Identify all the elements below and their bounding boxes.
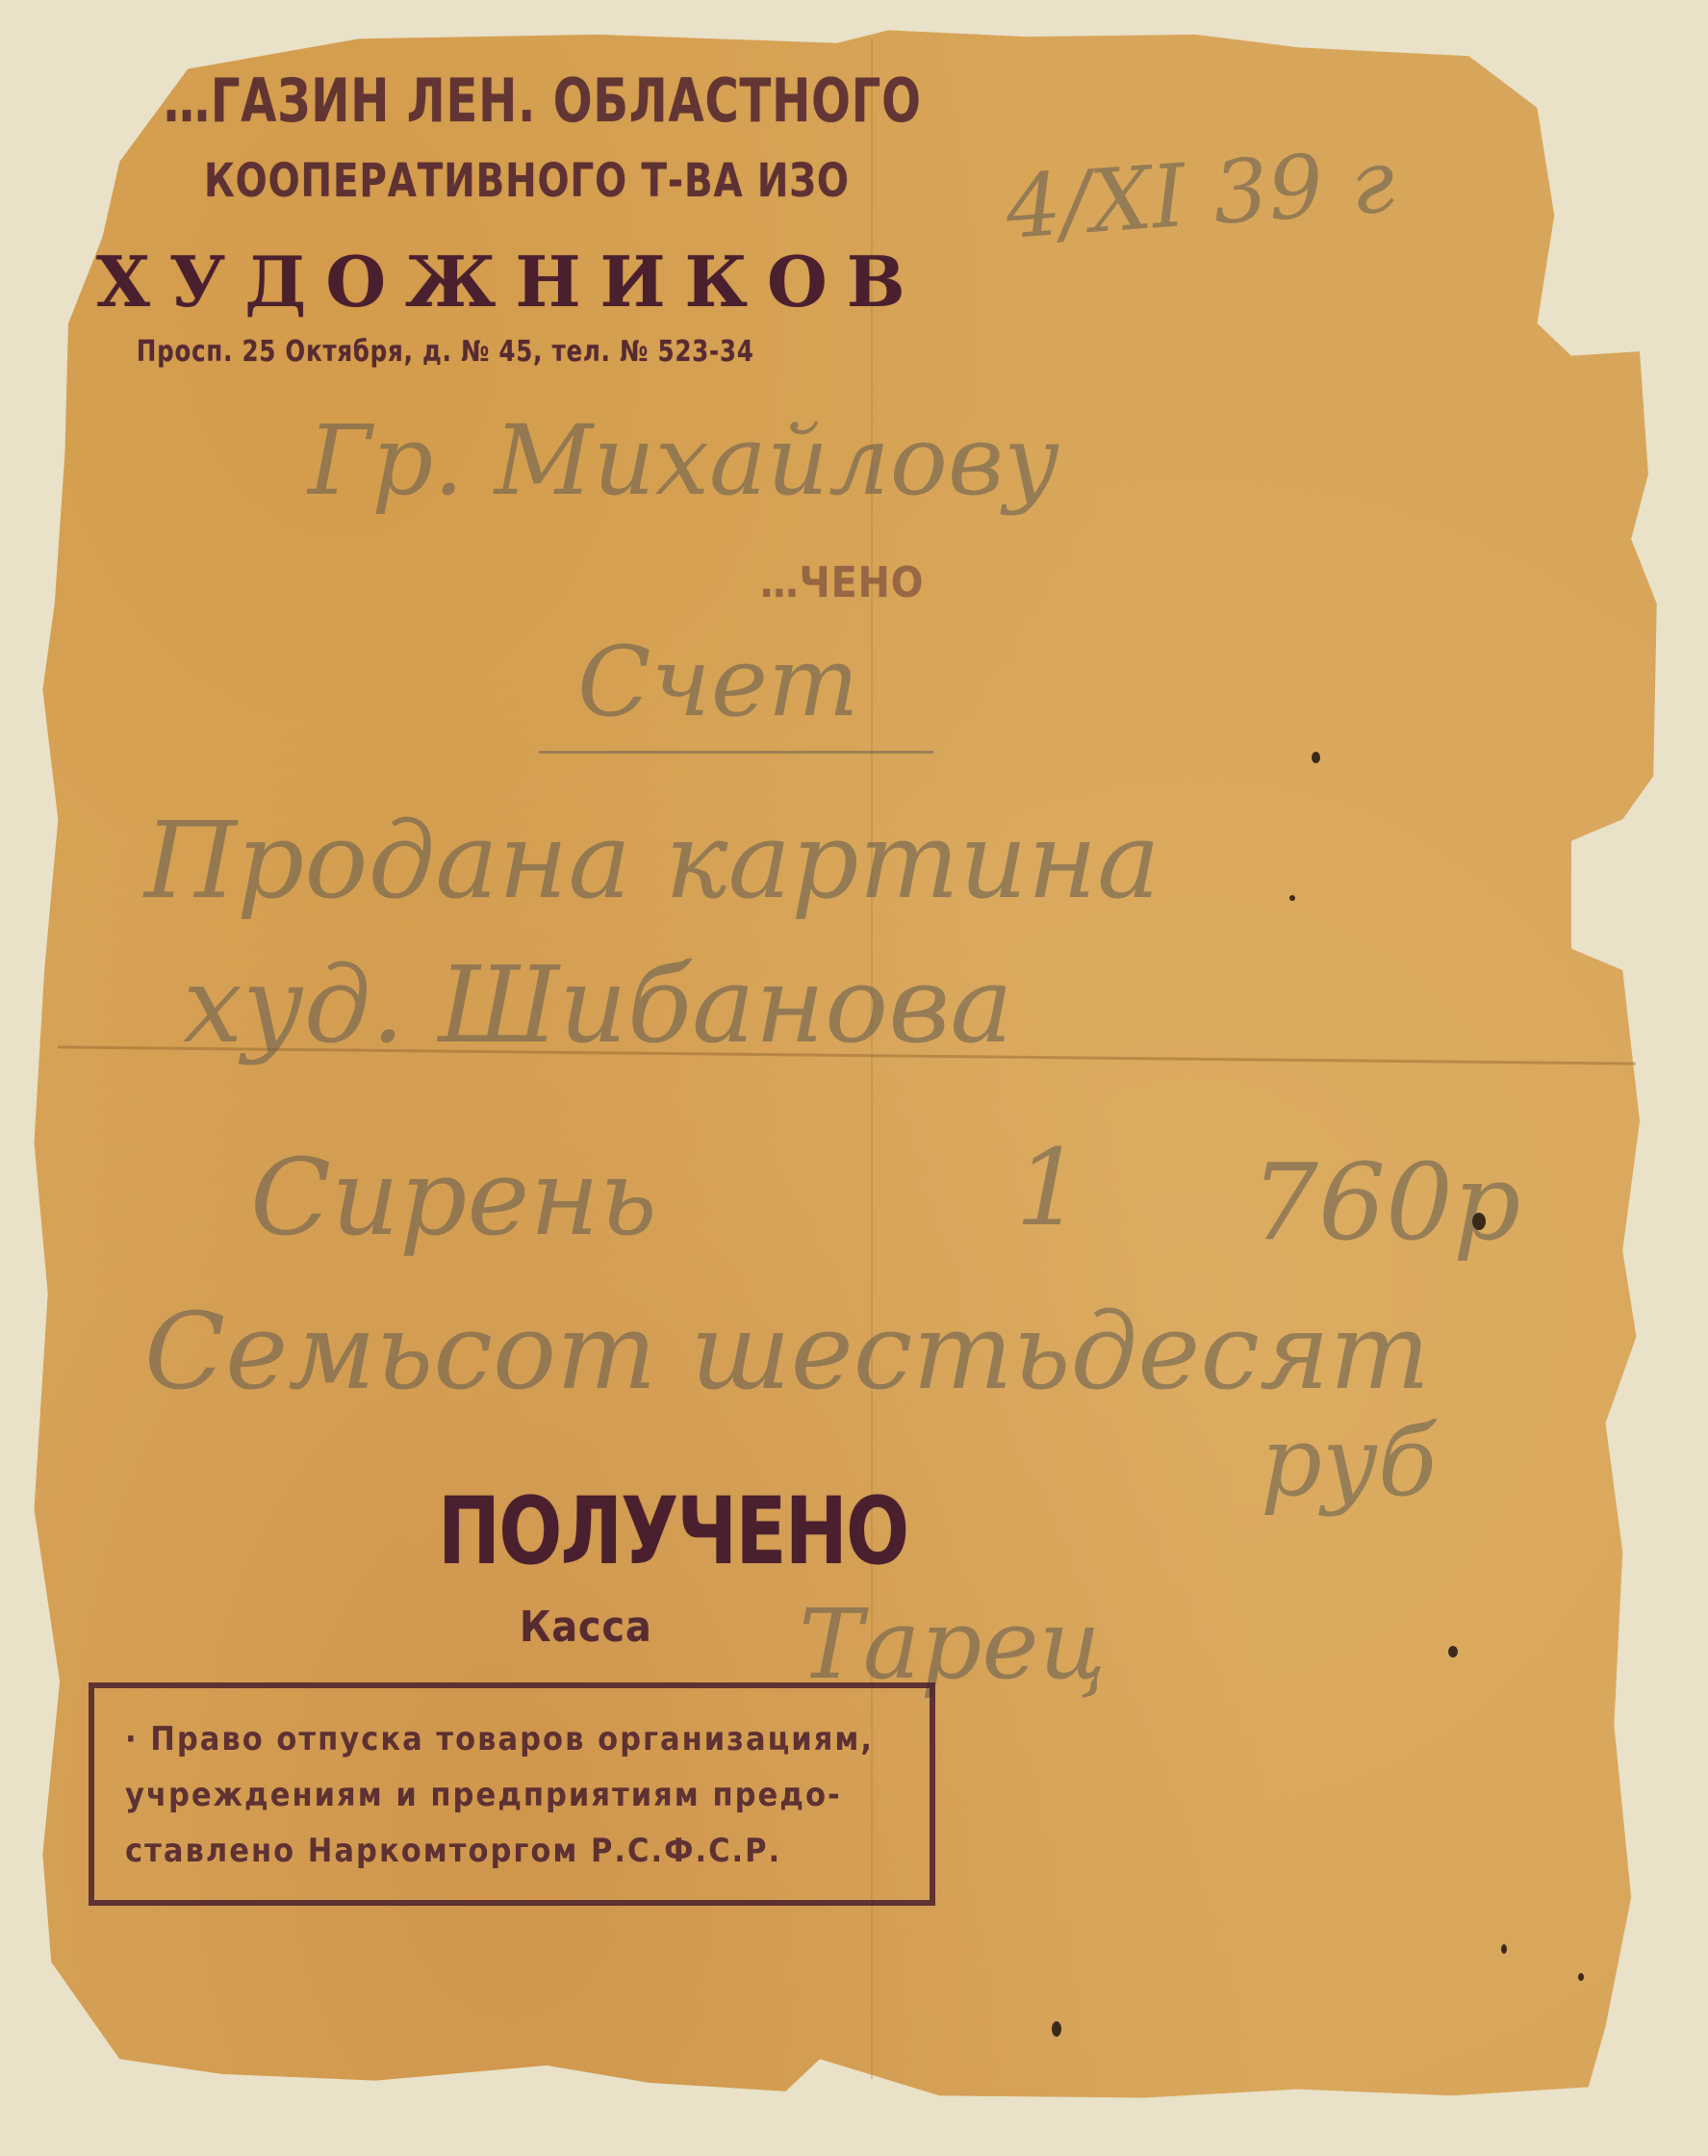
letterhead-line-2: КООПЕРАТИВНОГО Т-ВА ИЗО <box>204 154 850 208</box>
amount-in-words: Семьсот шестьдесят <box>144 1290 1430 1413</box>
amount-unit: руб <box>1261 1405 1437 1518</box>
item-quantity: 1 <box>1015 1126 1083 1249</box>
handwritten-title: Счет <box>577 626 859 738</box>
cashier-stamp: Касса <box>520 1603 652 1652</box>
received-stamp: ПОЛУЧЕНО <box>438 1477 907 1585</box>
item-price: 760р <box>1251 1141 1520 1264</box>
faint-stamp: …ЧЕНО <box>760 558 924 607</box>
handwritten-line-1: Продана картина <box>144 799 1160 922</box>
paper-speck <box>1448 1646 1458 1657</box>
notice-line-2: учреждениям и предприятиям предо- <box>125 1767 914 1823</box>
paper-speck <box>1472 1213 1486 1230</box>
title-underline <box>539 751 933 754</box>
notice-box-text: · Право отпуска товаров организациям, уч… <box>125 1711 914 1879</box>
notice-line-3: ставлено Наркомторгом Р.С.Ф.С.Р. <box>125 1823 914 1879</box>
paper-speck <box>1289 895 1295 901</box>
notice-line-1: · Право отпуска товаров организациям, <box>125 1711 914 1767</box>
handwritten-line-2: худ. Шибанова <box>183 943 1013 1066</box>
letterhead-line-3: ХУДОЖНИКОВ <box>96 241 925 322</box>
item-name: Сирень <box>250 1136 657 1259</box>
handwritten-addressee: Гр. Михайлову <box>308 404 1059 517</box>
paper-speck <box>1501 1944 1507 1954</box>
paper-speck <box>1578 1973 1584 1981</box>
paper-speck <box>1052 2021 1061 2037</box>
letterhead-line-1: …ГАЗИН ЛЕН. ОБЛАСТНОГО <box>164 65 922 136</box>
letterhead-address: Просп. 25 Октября, д. № 45, тел. № 523-3… <box>137 335 754 369</box>
paper-speck <box>1312 752 1320 763</box>
